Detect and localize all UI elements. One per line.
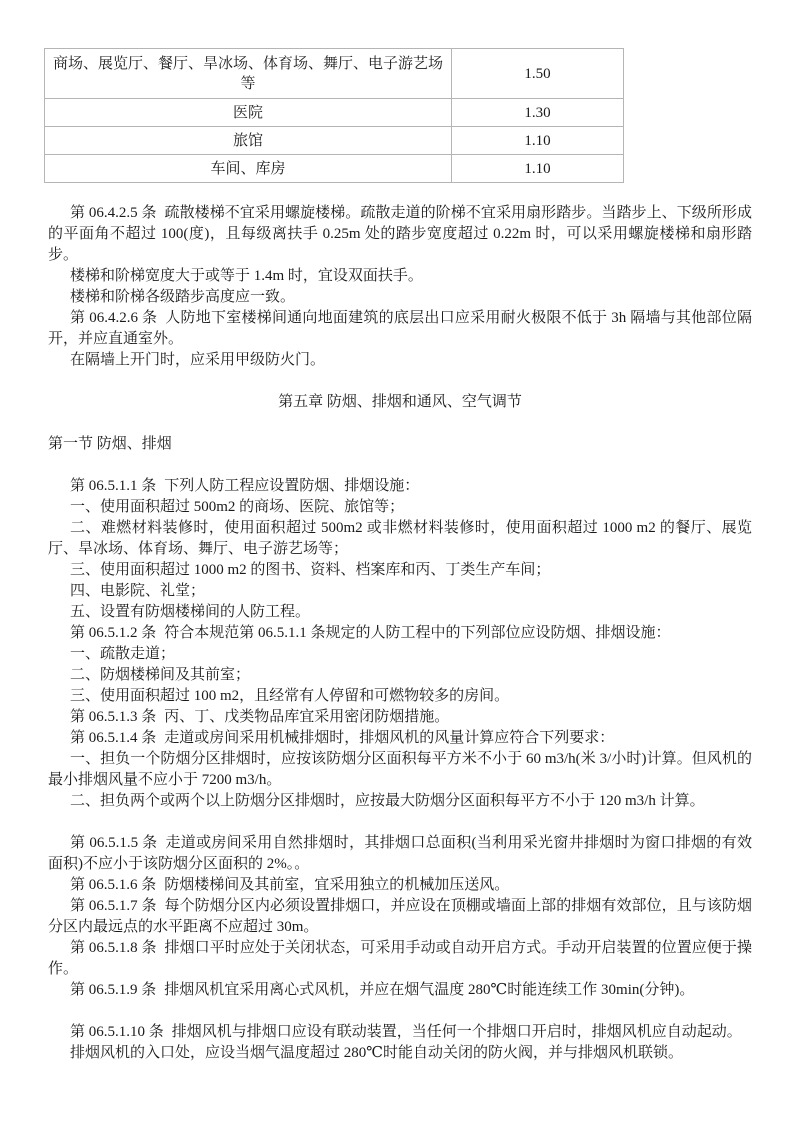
section-heading: 第一节 防烟、排烟 [48,434,752,455]
list-item: 二、防烟楼梯间及其前室； [48,665,752,686]
table-cell-name: 旅馆 [45,127,452,155]
clause-number: 第 06.5.1.10 条 [70,1024,164,1040]
clause-text: 丙、丁、戊类物品库宜采用密闭防烟措施。 [164,709,449,725]
clause-06-5-1-4: 第 06.5.1.4 条走道或房间采用机械排烟时，排烟风机的风量计算应符合下列要… [48,728,752,749]
list-item: 三、使用面积超过 100 m2，且经常有人停留和可燃物较多的房间。 [48,686,752,707]
clause-text: 排烟风机宜采用离心式风机，并应在烟气温度 280℃时能连续工作 30min(分钟… [164,982,694,998]
document-page: 商场、展览厅、餐厅、旱冰场、体育场、舞厅、电子游艺场等 1.50 医院 1.30… [48,48,752,1064]
paragraph-fire-door: 在隔墙上开门时，应采用甲级防火门。 [48,350,752,371]
clause-number: 第 06.4.2.5 条 [70,205,157,221]
table-row: 旅馆 1.10 [45,127,624,155]
table-cell-value: 1.10 [452,155,624,183]
clause-number: 第 06.5.1.5 条 [70,835,157,851]
clause-text: 防烟楼梯间及其前室，宜采用独立的机械加压送风。 [164,877,509,893]
body-text: 第 06.4.2.5 条疏散楼梯不宜采用螺旋楼梯。疏散走道的阶梯不宜采用扇形踏步… [48,203,752,1064]
clause-06-5-1-8: 第 06.5.1.8 条排烟口平时应处于关闭状态，可采用手动或自动开启方式。手动… [48,938,752,980]
clause-06-5-1-9: 第 06.5.1.9 条排烟风机宜采用离心式风机，并应在烟气温度 280℃时能连… [48,980,752,1001]
clause-number: 第 06.5.1.3 条 [70,709,156,725]
paragraph-fire-damper: 排烟风机的入口处，应设当烟气温度超过 280℃时能自动关闭的防火阀，并与排烟风机… [48,1043,752,1064]
spacer [48,1001,752,1022]
table-cell-value: 1.10 [452,127,624,155]
clause-number: 第 06.4.2.6 条 [70,310,157,326]
clause-number: 第 06.5.1.2 条 [70,625,156,641]
occupancy-factor-table: 商场、展览厅、餐厅、旱冰场、体育场、舞厅、电子游艺场等 1.50 医院 1.30… [44,48,624,183]
clause-06-5-1-5: 第 06.5.1.5 条走道或房间采用自然排烟时，其排烟口总面积(当利用采光窗井… [48,833,752,875]
paragraph-step-height: 楼梯和阶梯各级踏步高度应一致。 [48,287,752,308]
clause-06-5-1-3: 第 06.5.1.3 条丙、丁、戊类物品库宜采用密闭防烟措施。 [48,707,752,728]
clause-number: 第 06.5.1.8 条 [70,940,157,956]
list-item: 一、担负一个防烟分区排烟时，应按该防烟分区面积每平方米不小于 60 m3/h(米… [48,749,752,791]
clause-06-5-1-10: 第 06.5.1.10 条排烟风机与排烟口应设有联动装置，当任何一个排烟口开启时… [48,1022,752,1043]
clause-number: 第 06.5.1.1 条 [70,478,156,494]
table-row: 医院 1.30 [45,99,624,127]
table-cell-name: 商场、展览厅、餐厅、旱冰场、体育场、舞厅、电子游艺场等 [45,49,452,99]
clause-text: 下列人防工程应设置防烟、排烟设施： [164,478,419,494]
list-item: 二、担负两个或两个以上防烟分区排烟时，应按最大防烟分区面积每平方不小于 120 … [48,791,752,812]
clause-text: 排烟风机与排烟口应设有联动装置，当任何一个排烟口开启时，排烟风机应自动起动。 [172,1024,742,1040]
clause-number: 第 06.5.1.7 条 [70,898,157,914]
table-cell-value: 1.30 [452,99,624,127]
list-item: 一、疏散走道； [48,644,752,665]
clause-text: 符合本规范第 06.5.1.1 条规定的人防工程中的下列部位应设防烟、排烟设施： [164,625,670,641]
list-item: 二、难燃材料装修时，使用面积超过 500m2 或非燃材料装修时，使用面积超过 1… [48,518,752,560]
table-cell-name: 车间、库房 [45,155,452,183]
clause-06-5-1-6: 第 06.5.1.6 条防烟楼梯间及其前室，宜采用独立的机械加压送风。 [48,875,752,896]
table-cell-name: 医院 [45,99,452,127]
clause-06-5-1-1: 第 06.5.1.1 条下列人防工程应设置防烟、排烟设施： [48,476,752,497]
clause-06-4-2-5: 第 06.4.2.5 条疏散楼梯不宜采用螺旋楼梯。疏散走道的阶梯不宜采用扇形踏步… [48,203,752,266]
clause-06-4-2-6: 第 06.4.2.6 条人防地下室楼梯间通向地面建筑的底层出口应采用耐火极限不低… [48,308,752,350]
chapter-heading: 第五章 防烟、排烟和通风、空气调节 [48,392,752,413]
clause-number: 第 06.5.1.6 条 [70,877,156,893]
spacer [48,812,752,833]
clause-number: 第 06.5.1.9 条 [70,982,156,998]
table-row: 车间、库房 1.10 [45,155,624,183]
list-item: 五、设置有防烟楼梯间的人防工程。 [48,602,752,623]
list-item: 四、电影院、礼堂； [48,581,752,602]
clause-06-5-1-7: 第 06.5.1.7 条每个防烟分区内必须设置排烟口，并应设在顶棚或墙面上部的排… [48,896,752,938]
list-item: 一、使用面积超过 500m2 的商场、医院、旅馆等； [48,497,752,518]
table-cell-value: 1.50 [452,49,624,99]
table-row: 商场、展览厅、餐厅、旱冰场、体育场、舞厅、电子游艺场等 1.50 [45,49,624,99]
clause-number: 第 06.5.1.4 条 [70,730,156,746]
list-item: 三、使用面积超过 1000 m2 的图书、资料、档案库和丙、丁类生产车间； [48,560,752,581]
clause-06-5-1-2: 第 06.5.1.2 条符合本规范第 06.5.1.1 条规定的人防工程中的下列… [48,623,752,644]
clause-text: 走道或房间采用机械排烟时，排烟风机的风量计算应符合下列要求： [164,730,614,746]
paragraph-handrail: 楼梯和阶梯宽度大于或等于 1.4m 时，宜设双面扶手。 [48,266,752,287]
